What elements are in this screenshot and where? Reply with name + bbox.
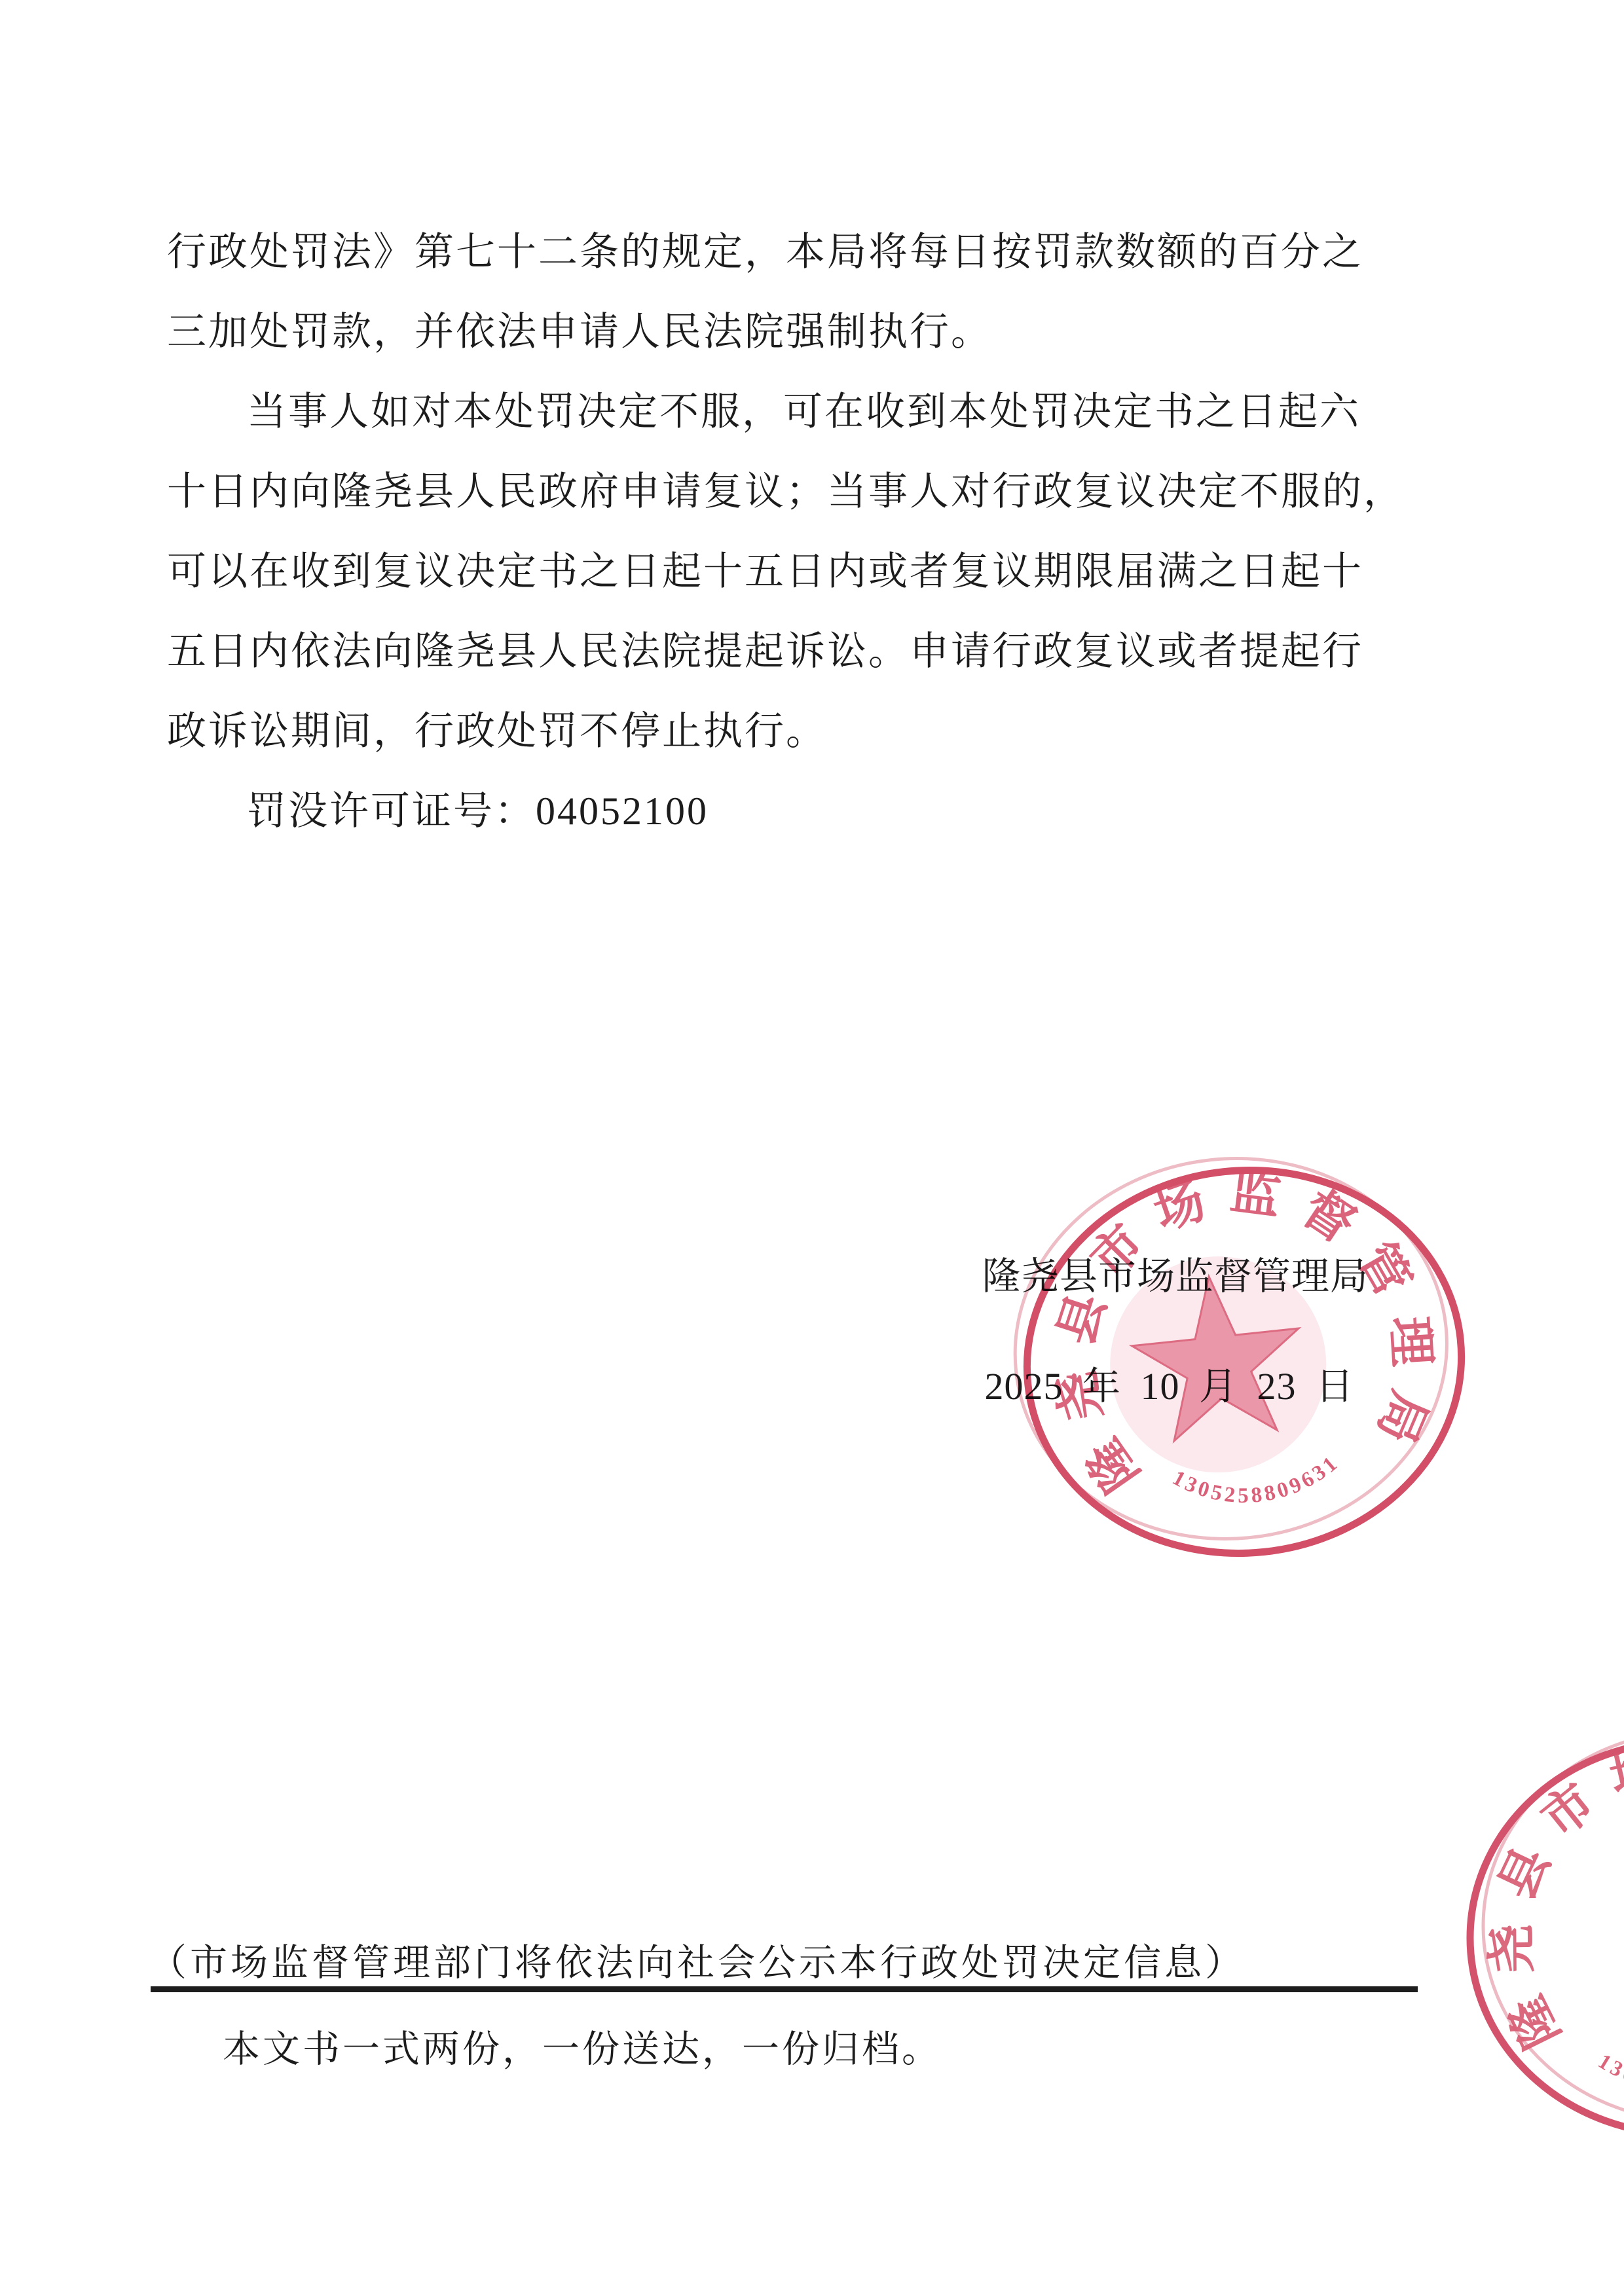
signature-block: 隆尧县市场监督管理局 2025 年 10 月 23 日 (982, 1249, 1369, 1414)
copies-note: 本文书一式两份，一份送达，一份归档。 (223, 2019, 942, 2073)
issuing-authority: 隆尧县市场监督管理局 (982, 1249, 1369, 1304)
body-line: 当事人如对本处罚决定不服，可在收到本处罚决定书之日起六 (167, 372, 1470, 452)
body-text: 行政处罚法》第七十二条的规定，本局将每日按罚款数额的百分之 三加处罚款，并依法申… (167, 212, 1470, 851)
seal-code-text: 1305258809631 (1166, 1449, 1347, 1516)
decision-date: 2025 年 10 月 23 日 (982, 1359, 1369, 1414)
footer-divider (151, 1986, 1418, 1992)
publicity-notice: （市场监督管理部门将依法向社会公示本行政处罚决定信息） (149, 1933, 1246, 1986)
body-line: 行政处罚法》第七十二条的规定，本局将每日按罚款数额的百分之 (167, 212, 1470, 292)
body-line: 罚没许可证号：04052100 (167, 771, 1470, 851)
corner-seal-ring-double-strike (1483, 1731, 1624, 2121)
body-line: 三加处罚款，并依法申请人民法院强制执行。 (167, 292, 1470, 372)
body-line: 可以在收到复议决定书之日起十五日内或者复议期限届满之日起十 (167, 532, 1470, 611)
body-line: 十日内向隆尧县人民政府申请复议；当事人对行政复议决定不服的， (167, 452, 1470, 532)
corner-seal-icon: 隆尧县市场监督管理局 1305258809631 (1470, 1731, 1624, 2134)
corner-seal-ring (1470, 1741, 1624, 2134)
corner-seal-code-text: 1305258809631 (1594, 2050, 1624, 2097)
body-line: 政诉讼期间，行政处罚不停止执行。 (167, 691, 1470, 771)
corner-seal-ring-text: 隆尧县市场监督管理局 (1485, 1737, 1624, 2056)
body-line: 五日内依法向隆尧县人民法院提起诉讼。申请行政复议或者提起行 (167, 611, 1470, 691)
document-page: 行政处罚法》第七十二条的规定，本局将每日按罚款数额的百分之 三加处罚款，并依法申… (0, 0, 1624, 2296)
